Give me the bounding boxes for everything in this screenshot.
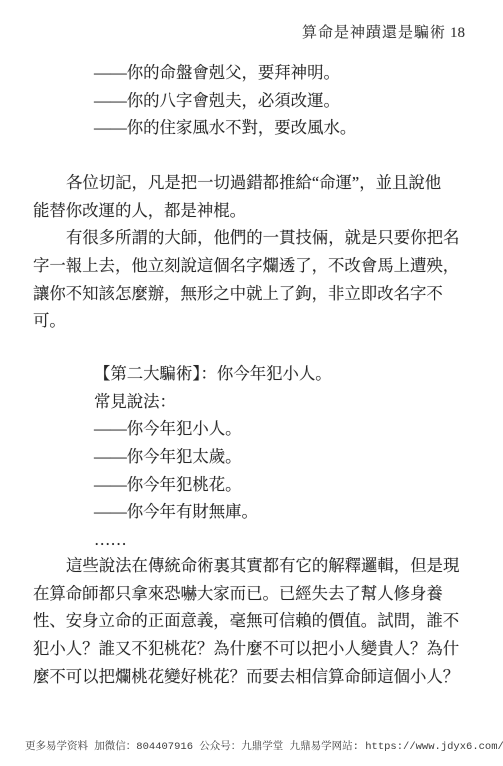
quote-list-block: ——你的命盤會剋父，要拜神明。——你的八字會剋夫，必須改運。——你的住家風水不對… bbox=[33, 59, 473, 142]
paragraph-block: 這些說法在傳統命術裏其實都有它的解釋邏輯，但是現在算命師都只拿來恐嚇大家而已。已… bbox=[33, 552, 473, 690]
text-line: 常見說法： bbox=[33, 388, 473, 416]
text-line: 有很多所謂的大師，他們的一貫技倆，就是只要你把名 bbox=[33, 224, 473, 252]
text-line: …… bbox=[33, 526, 473, 554]
text-line: ——你的住家風水不對，要改風水。 bbox=[33, 114, 473, 142]
text-line: 犯小人？誰又不犯桃花？為什麼不可以把小人變貴人？為什 bbox=[33, 635, 473, 663]
text-line: 可。 bbox=[33, 307, 473, 335]
text-line: 性、安身立命的正面意義，毫無可信賴的價值。試問，誰不 bbox=[33, 607, 473, 635]
text-line: 麼不可以把爛桃花變好桃花？而要去相信算命師這個小人？ bbox=[33, 663, 473, 691]
text-line: ——你今年犯桃花。 bbox=[33, 471, 473, 499]
text-line: ——你的八字會剋夫，必須改運。 bbox=[33, 87, 473, 115]
text-line: 【第二大騙術】：你今年犯小人。 bbox=[33, 360, 473, 388]
book-page: 算命是神蹟還是騙術18 ——你的命盤會剋父，要拜神明。——你的八字會剋夫，必須改… bbox=[0, 0, 503, 766]
section-list-block: 【第二大騙術】：你今年犯小人。常見說法：——你今年犯小人。——你今年犯太歲。——… bbox=[33, 360, 473, 554]
text-line: ——你今年有財無庫。 bbox=[33, 498, 473, 526]
paragraph-block: 各位切記，凡是把一切過錯都推給“命運”，並且說他能替你改運的人，都是神棍。有很多… bbox=[33, 169, 473, 335]
page-body: ——你的命盤會剋父，要拜神明。——你的八字會剋夫，必須改運。——你的住家風水不對… bbox=[33, 0, 473, 766]
text-line: ——你的命盤會剋父，要拜神明。 bbox=[33, 59, 473, 87]
text-line: 讓你不知該怎麼辦，無形之中就上了鉤，非立即改名字不 bbox=[33, 280, 473, 308]
text-line: ——你今年犯小人。 bbox=[33, 415, 473, 443]
text-line: 這些說法在傳統命術裏其實都有它的解釋邏輯，但是現 bbox=[33, 552, 473, 580]
text-line: 在算命師都只拿來恐嚇大家而已。已經失去了幫人修身養 bbox=[33, 580, 473, 608]
text-line: 能替你改運的人，都是神棍。 bbox=[33, 197, 473, 225]
footer-watermark: 更多易学资料 加微信：804407916 公众号：九鼎学堂 九鼎易学网站: ht… bbox=[25, 740, 485, 755]
text-line: 字一報上去，他立刻說這個名字爛透了，不改會馬上遭殃， bbox=[33, 252, 473, 280]
text-line: 各位切記，凡是把一切過錯都推給“命運”，並且說他 bbox=[33, 169, 473, 197]
text-line: ——你今年犯太歲。 bbox=[33, 443, 473, 471]
